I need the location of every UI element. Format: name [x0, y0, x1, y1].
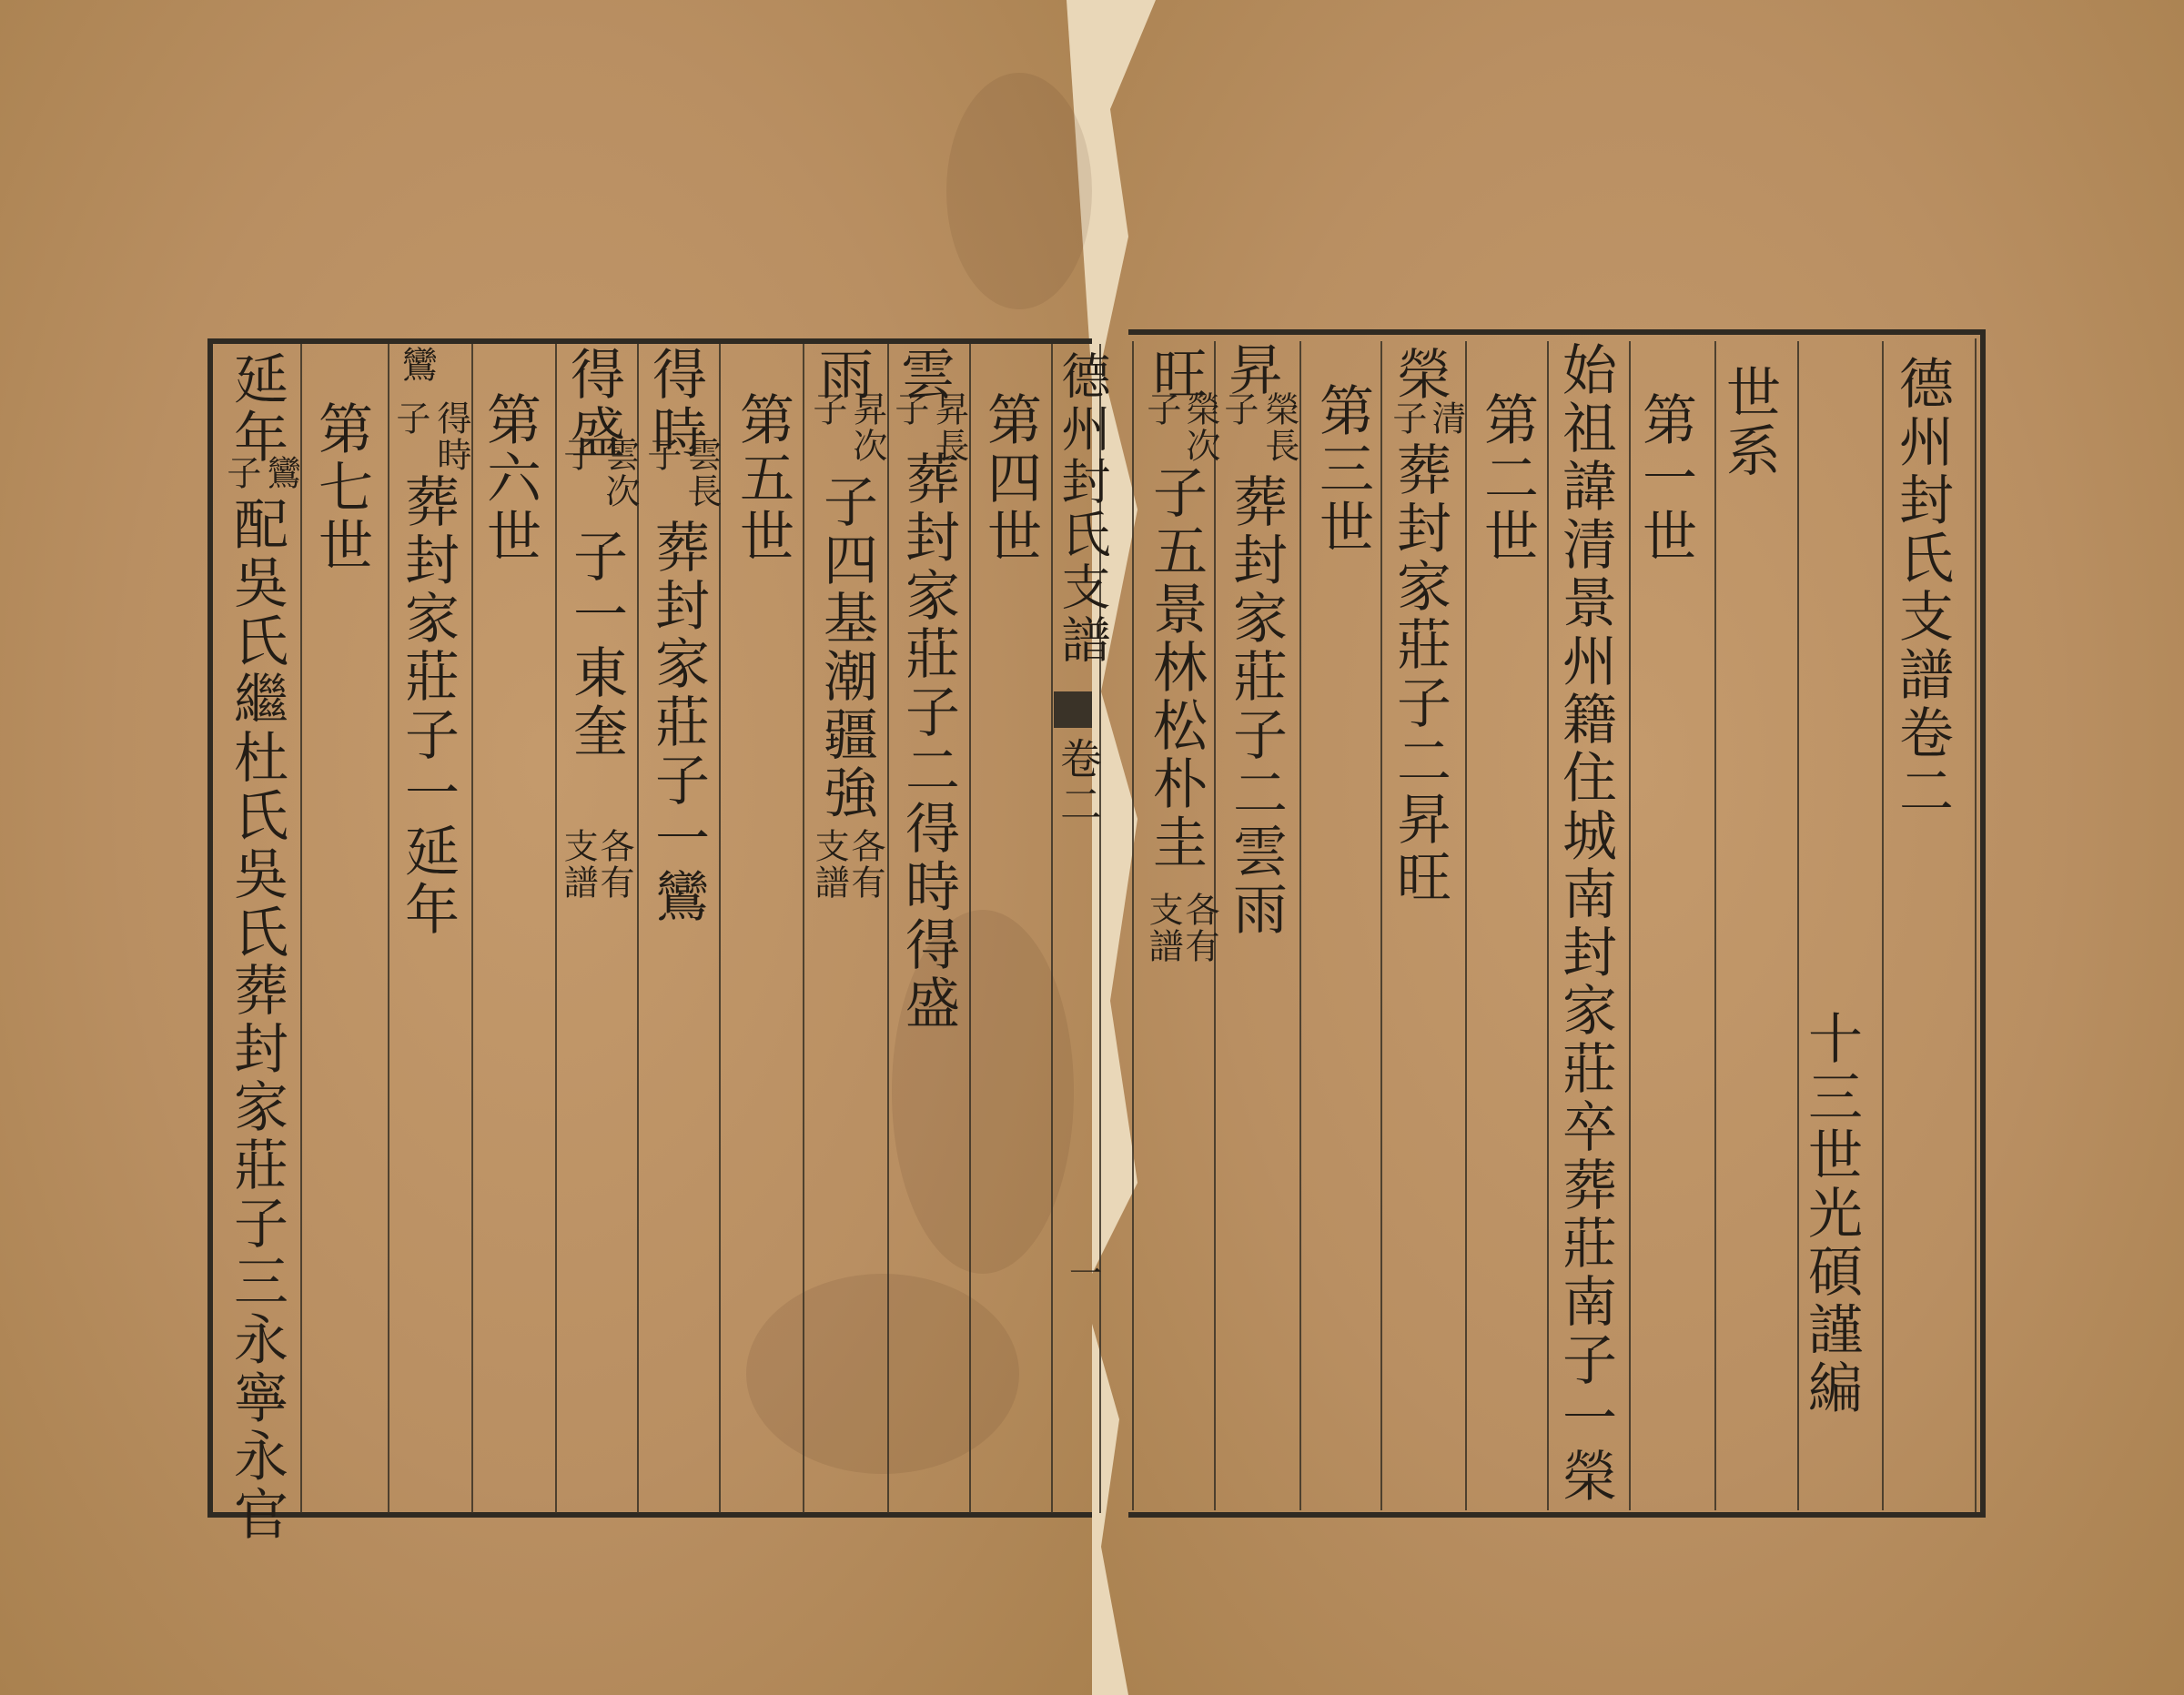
relation-note: 子 — [391, 400, 428, 437]
relation-note: 子 — [1142, 391, 1178, 428]
column-rule — [1629, 341, 1631, 1510]
genealogy-entry: 子四基潮疆強 — [819, 473, 874, 822]
genealogy-entry: 葬封家莊子二得時得盛 — [901, 450, 955, 1033]
column-rule — [1975, 338, 1977, 1512]
branch-note: 各有支譜 — [808, 828, 883, 919]
branch-note: 各有支譜 — [557, 828, 632, 919]
generation-heading: 第五世 — [735, 391, 790, 566]
genealogy-entry: 葬封家莊子二昇旺 — [1392, 441, 1447, 907]
spine-rule — [1051, 344, 1053, 1513]
column-rule — [555, 344, 557, 1513]
relation-note: 子 — [808, 391, 844, 428]
column-rule — [1714, 341, 1716, 1510]
relation-note: 子 — [222, 455, 258, 491]
genealogy-entry: 葬封家莊子一鸞 — [651, 519, 705, 926]
person-name: 延年 — [229, 350, 284, 467]
generation-heading: 第七世 — [314, 400, 369, 575]
spine-volume: 卷二 — [1057, 737, 1099, 828]
relation-note: 榮長 — [1260, 391, 1297, 464]
generation-heading: 第三世 — [1315, 382, 1370, 557]
genealogy-entry: 葬封家莊子一延年 — [400, 473, 455, 939]
column-rule — [1465, 341, 1467, 1510]
column-rule — [887, 344, 889, 1513]
column-rule — [300, 344, 302, 1513]
water-stain — [946, 73, 1092, 309]
genealogy-entry: 葬封家莊子二雲雨 — [1228, 473, 1283, 939]
column-rule — [471, 344, 473, 1513]
spine-title: 德州封氏支譜 — [1057, 350, 1107, 667]
column-rule — [1882, 341, 1884, 1510]
compiler-credit: 十三世光碩謹編 — [1804, 1010, 1858, 1418]
book-title: 德州封氏支譜卷二 — [1895, 355, 1949, 821]
section-heading: 世系 — [1722, 364, 1776, 480]
generation-heading: 第六世 — [482, 391, 537, 566]
column-rule — [1299, 341, 1301, 1510]
page-number: 一 — [1069, 1248, 1102, 1295]
generation-heading: 第二世 — [1480, 391, 1534, 566]
genealogy-entry: 子一東奎 — [569, 528, 623, 761]
genealogy-entry: 子五景林松朴圭 — [1148, 464, 1203, 872]
genealogy-entry: 始祖諱清景州籍住城南封家莊卒葬莊南子一榮 — [1558, 341, 1613, 1506]
relation-note: 子 — [559, 437, 595, 473]
relation-note: 子 — [642, 437, 679, 473]
generation-heading: 第一世 — [1638, 391, 1693, 566]
relation-note: 子 — [890, 391, 926, 428]
relation-note: 雲長 — [682, 437, 719, 510]
relation-note: 昇次 — [848, 391, 885, 464]
column-rule — [1547, 341, 1549, 1510]
person-name: 鸞 — [399, 346, 435, 384]
relation-note: 得時 — [432, 400, 469, 473]
column-rule — [637, 344, 639, 1513]
relation-note: 雲次 — [601, 437, 637, 510]
column-rule — [388, 344, 389, 1513]
branch-note: 各有支譜 — [1142, 892, 1217, 983]
column-rule — [803, 344, 804, 1513]
column-rule — [1132, 341, 1134, 1510]
column-rule — [719, 344, 721, 1513]
genealogy-entry: 配吳氏繼杜氏吳氏葬封家莊子三永寧永官 — [229, 496, 284, 1544]
column-rule — [969, 344, 971, 1513]
relation-note: 鸞 — [262, 455, 298, 491]
column-rule — [1380, 341, 1382, 1510]
person-name: 榮 — [1392, 346, 1447, 404]
relation-note: 清 — [1427, 400, 1463, 437]
generation-heading: 第四世 — [983, 391, 1037, 566]
fishtail-mark — [1054, 691, 1092, 728]
relation-note: 榮次 — [1181, 391, 1218, 464]
relation-note: 子 — [1219, 391, 1256, 428]
relation-note: 子 — [1388, 400, 1424, 437]
